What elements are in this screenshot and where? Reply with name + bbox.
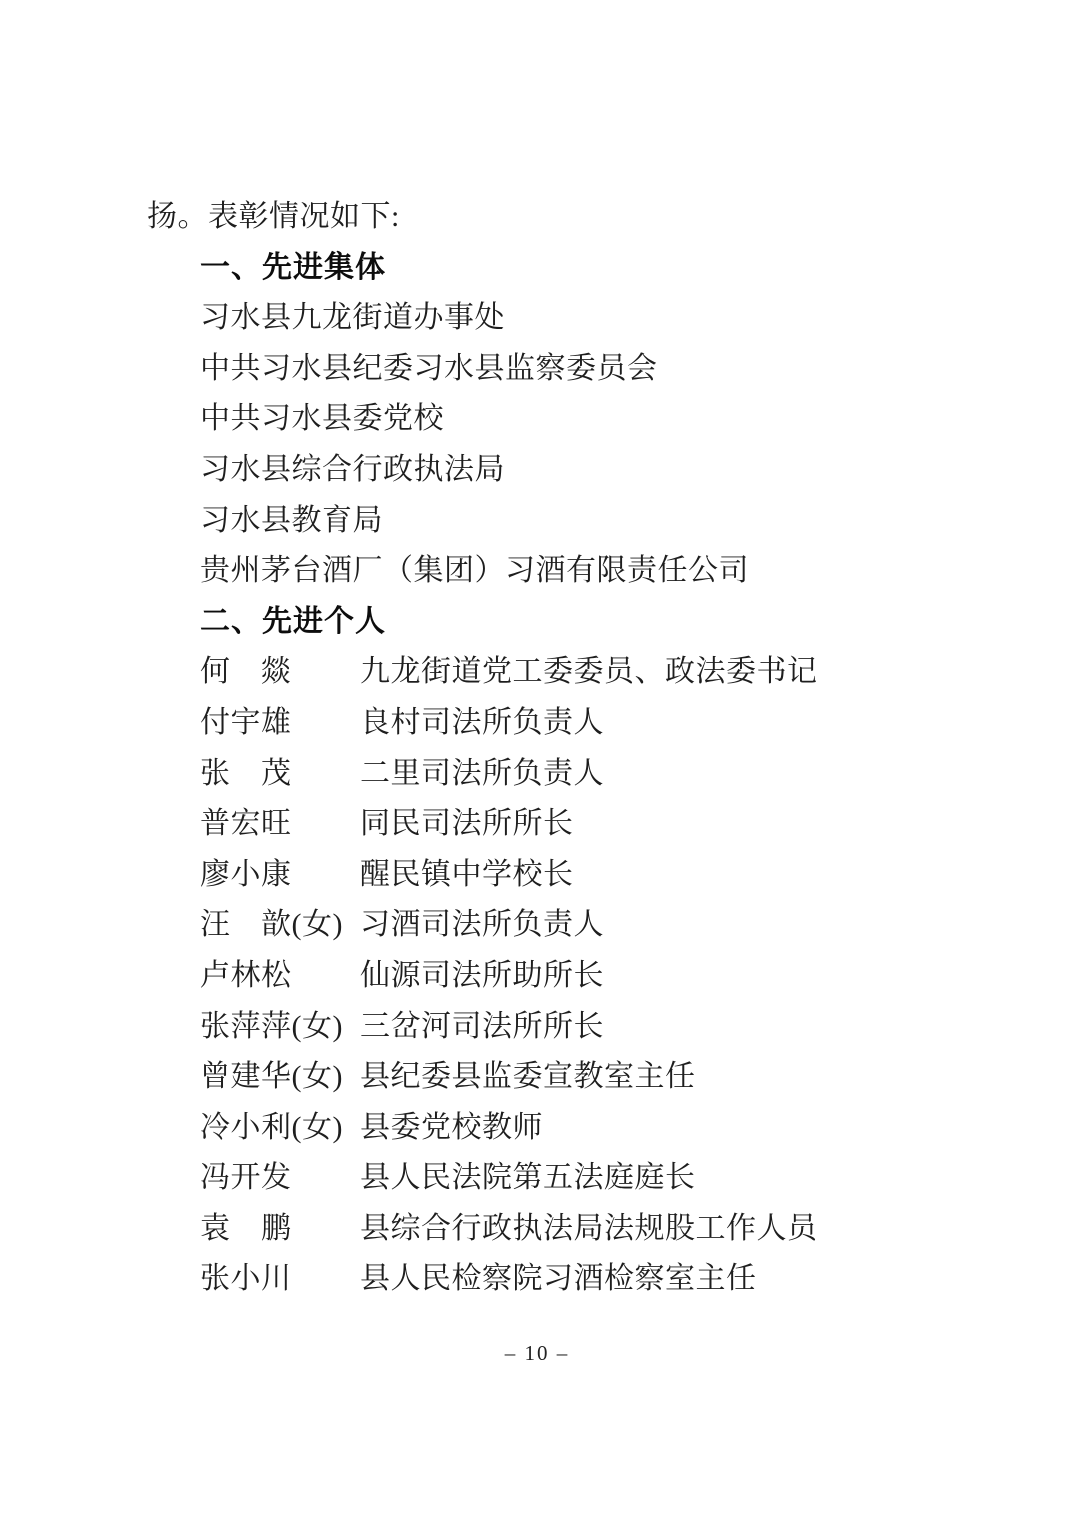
person-title: 县人民法院第五法庭庭长 (360, 1153, 696, 1204)
person-title: 习酒司法所负责人 (360, 900, 604, 951)
person-name: 曾建华(女) (200, 1052, 360, 1103)
document-body: 扬。表彰情况如下: 一、先进集体 习水县九龙街道办事处 中共习水县纪委习水县监察… (147, 192, 1034, 1305)
individual-row: 廖小康 醒民镇中学校长 (200, 850, 1034, 901)
person-title: 二里司法所负责人 (360, 749, 604, 800)
person-name: 卢林松 (200, 951, 360, 1002)
person-name: 张小川 (200, 1254, 360, 1305)
person-title: 同民司法所所长 (360, 799, 574, 850)
person-name: 张 茂 (200, 749, 360, 800)
individual-row: 何 燚 九龙街道党工委委员、政法委书记 (200, 647, 1034, 698)
person-title: 九龙街道党工委委员、政法委书记 (360, 647, 818, 698)
person-name: 何 燚 (200, 647, 360, 698)
collective-item: 中共习水县纪委习水县监察委员会 (200, 344, 1034, 395)
individual-row: 张 茂 二里司法所负责人 (200, 749, 1034, 800)
collective-item: 中共习水县委党校 (200, 394, 1034, 445)
person-title: 三岔河司法所所长 (360, 1002, 604, 1053)
person-name: 普宏旺 (200, 799, 360, 850)
person-title: 仙源司法所助所长 (360, 951, 604, 1002)
document-page: 扬。表彰情况如下: 一、先进集体 习水县九龙街道办事处 中共习水县纪委习水县监察… (0, 0, 1074, 1520)
person-title: 县人民检察院习酒检察室主任 (360, 1254, 757, 1305)
section-heading-individuals: 二、先进个人 (200, 597, 1034, 648)
page-number: – 10 – (0, 1341, 1074, 1366)
person-title: 县委党校教师 (360, 1103, 543, 1154)
individual-row: 冷小利(女) 县委党校教师 (200, 1103, 1034, 1154)
collective-item: 习水县综合行政执法局 (200, 445, 1034, 496)
individual-row: 张小川 县人民检察院习酒检察室主任 (200, 1254, 1034, 1305)
person-name: 张萍萍(女) (200, 1002, 360, 1053)
person-name: 汪 歆(女) (200, 900, 360, 951)
collective-item: 贵州茅台酒厂（集团）习酒有限责任公司 (200, 546, 1034, 597)
person-title: 良村司法所负责人 (360, 698, 604, 749)
collective-item: 习水县教育局 (200, 496, 1034, 547)
person-title: 县纪委县监委宣教室主任 (360, 1052, 696, 1103)
person-name: 冷小利(女) (200, 1103, 360, 1154)
individual-row: 付宇雄 良村司法所负责人 (200, 698, 1034, 749)
individual-row: 张萍萍(女) 三岔河司法所所长 (200, 1002, 1034, 1053)
individual-row: 冯开发 县人民法院第五法庭庭长 (200, 1153, 1034, 1204)
person-name: 袁 鹏 (200, 1204, 360, 1255)
collective-item: 习水县九龙街道办事处 (200, 293, 1034, 344)
individual-row: 卢林松 仙源司法所助所长 (200, 951, 1034, 1002)
individual-row: 普宏旺 同民司法所所长 (200, 799, 1034, 850)
person-title: 县综合行政执法局法规股工作人员 (360, 1204, 818, 1255)
person-name: 廖小康 (200, 850, 360, 901)
section-heading-collectives: 一、先进集体 (200, 243, 1034, 294)
paragraph-continuation-line: 扬。表彰情况如下: (147, 192, 1034, 243)
individual-row: 袁 鹏 县综合行政执法局法规股工作人员 (200, 1204, 1034, 1255)
person-name: 冯开发 (200, 1153, 360, 1204)
person-title: 醒民镇中学校长 (360, 850, 574, 901)
individual-row: 汪 歆(女) 习酒司法所负责人 (200, 900, 1034, 951)
individual-row: 曾建华(女) 县纪委县监委宣教室主任 (200, 1052, 1034, 1103)
person-name: 付宇雄 (200, 698, 360, 749)
